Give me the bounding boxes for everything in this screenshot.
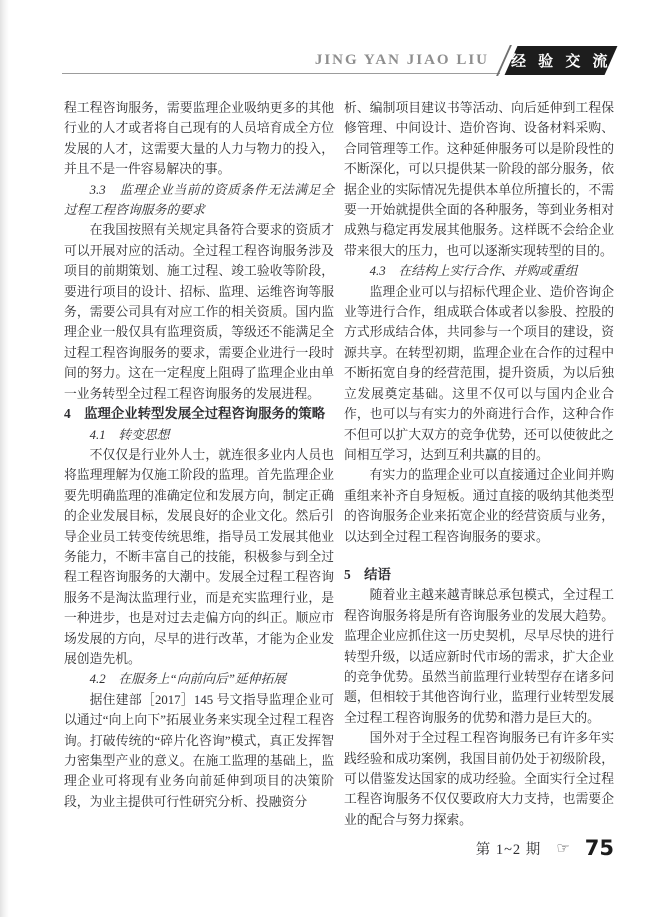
- section-heading-5: 5 结语: [344, 565, 614, 585]
- section-label-banner: 经 验 交 流: [505, 46, 618, 75]
- subsection-heading-4-1: 4.1 转变思想: [64, 425, 334, 445]
- right-column: 析、编制项目建议书等活动、向后延伸到工程保修管理、中间设计、造价咨询、设备材料采…: [344, 98, 614, 830]
- paragraph: 在我国按照有关规定具备符合要求的资质才可以开展对应的活动。全过程工程咨询服务涉及…: [64, 220, 334, 404]
- paragraph: 监理企业可以与招标代理企业、造价咨询企业等进行合作，组成联合体或者以参股、控股的…: [344, 282, 614, 466]
- paragraph: 不仅仅是行业外人士，就连很多业内人员也将监理理解为仅施工阶段的监理。首先监理企业…: [64, 445, 334, 669]
- paragraph: 程工程咨询服务，需要监理企业吸纳更多的其他行业的人才或者将自己现有的人员培育成全…: [64, 98, 334, 180]
- section-label-text: 经 验 交 流: [511, 50, 612, 71]
- subsection-heading-4-3: 4.3 在结构上实行合作、并购或重组: [344, 261, 614, 281]
- journal-page: JING YAN JIAO LIU 经 验 交 流 程工程咨询服务，需要监理企业…: [0, 0, 671, 917]
- paragraph: 据住建部［2017］145 号文指导监理企业可以通过“向上向下”拓展业务来实现全…: [64, 690, 334, 812]
- hand-pointer-icon: ☞: [556, 839, 569, 858]
- issue-label: 第 1~2 期: [476, 838, 542, 859]
- subsection-heading-3-3: 3.3 监理企业当前的资质条件无法满足全过程工程咨询服务的要求: [64, 180, 334, 221]
- paragraph: 析、编制项目建议书等活动、向后延伸到工程保修管理、中间设计、造价咨询、设备材料采…: [344, 98, 614, 261]
- left-column: 程工程咨询服务，需要监理企业吸纳更多的其他行业的人才或者将自己现有的人员培育成全…: [64, 98, 334, 830]
- header-pinyin-title: JING YAN JIAO LIU: [315, 52, 489, 69]
- page-header: JING YAN JIAO LIU 经 验 交 流: [0, 0, 671, 84]
- paragraph: 国外对于全过程工程咨询服务已有许多年实践经验和成功案例，我国目前仍处于初级阶段，…: [344, 728, 614, 830]
- page-number: 75: [585, 836, 614, 860]
- section-heading-4: 4 监理企业转型发展全过程咨询服务的策略: [64, 404, 334, 424]
- paragraph: 有实力的监理企业可以直接通过企业间并购重组来补齐自身短板。通过直接的吸纳其他类型…: [344, 465, 614, 547]
- header-rule: [62, 73, 500, 74]
- subsection-heading-4-2: 4.2 在服务上“向前向后”延伸拓展: [64, 669, 334, 689]
- article-body: 程工程咨询服务，需要监理企业吸纳更多的其他行业的人才或者将自己现有的人员培育成全…: [64, 98, 614, 830]
- paragraph: 随着业主越来越青睐总承包模式，全过程工程咨询服务将是所有咨询服务业的发展大趋势。…: [344, 585, 614, 728]
- page-footer: 第 1~2 期 ☞ 75: [476, 836, 614, 860]
- page-edge-shadow: [0, 0, 9, 917]
